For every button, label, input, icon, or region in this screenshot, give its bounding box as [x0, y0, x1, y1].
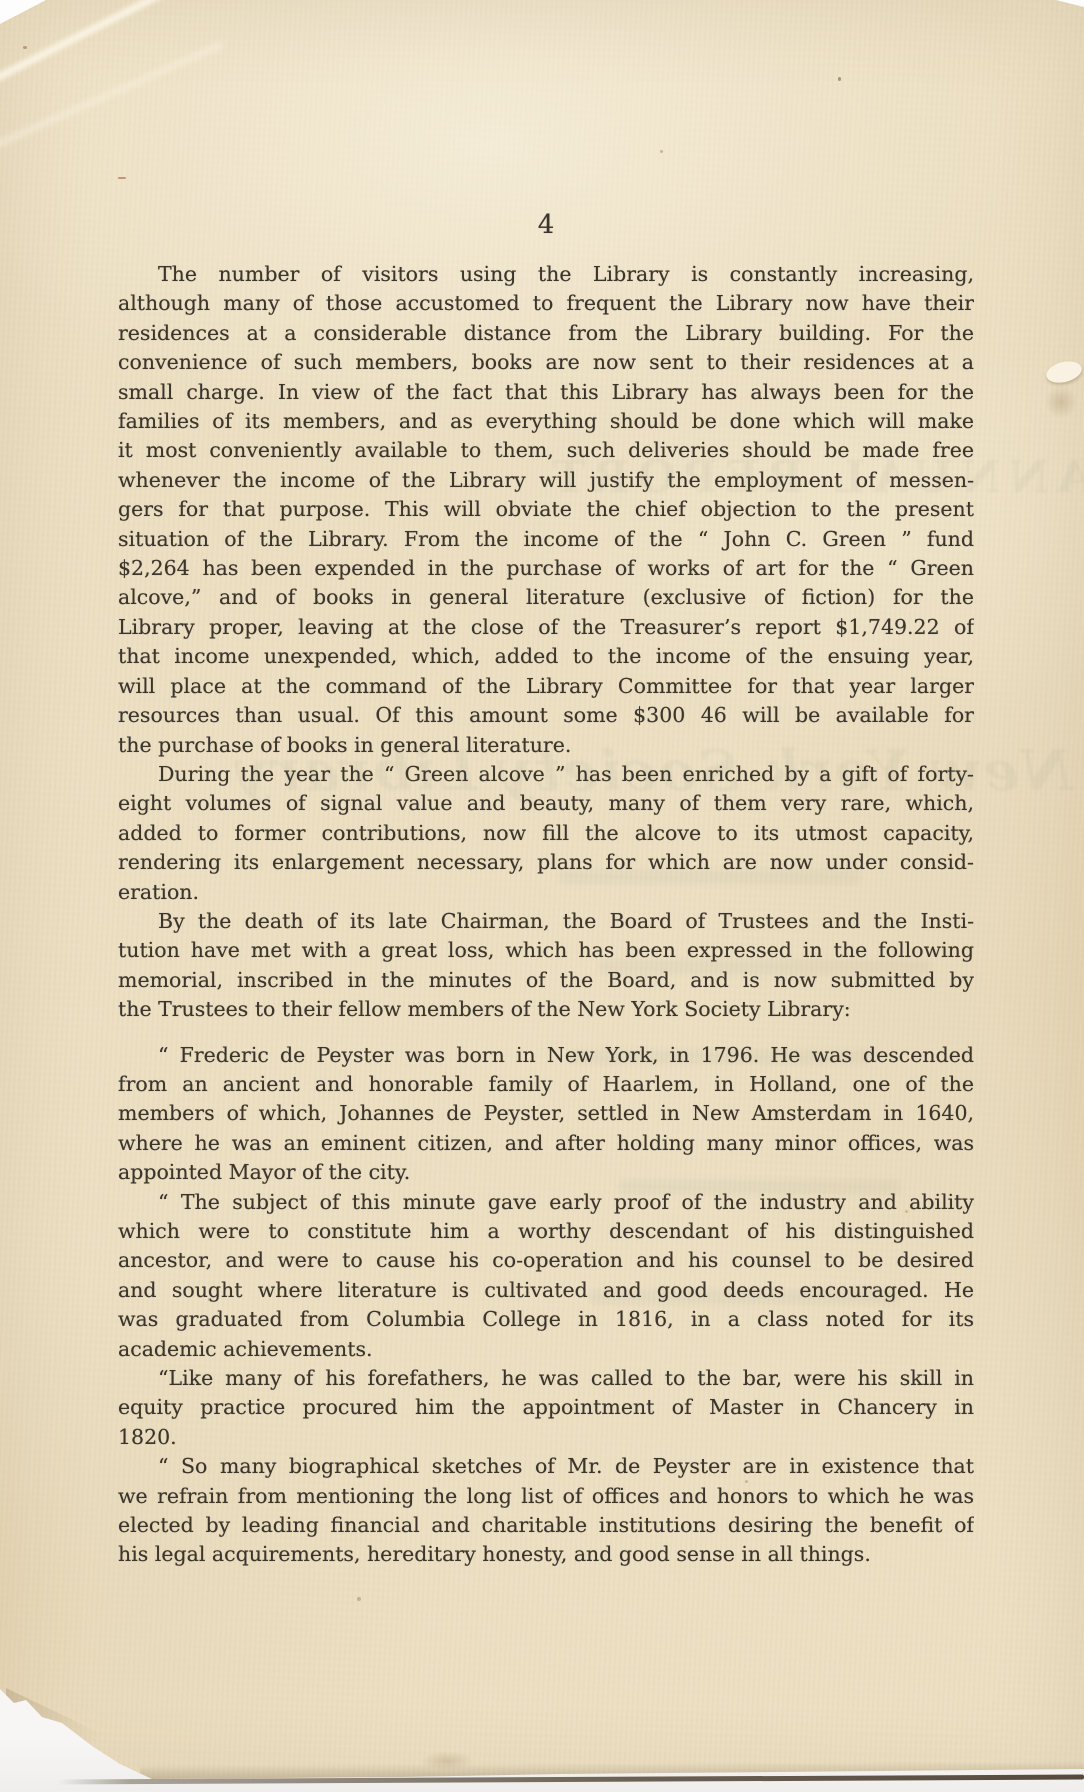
text-line: tution have met with a great loss, which… — [118, 936, 974, 965]
text-line: “ Frederic de Peyster was born in New Yo… — [118, 1041, 974, 1070]
paper-edge-chip-shadow — [1038, 378, 1084, 426]
text-line: which were to constitute him a worthy de… — [118, 1217, 974, 1246]
text-line: the Trustees to their fellow members of … — [118, 995, 974, 1024]
text-line: memorial, inscribed in the minutes of th… — [118, 966, 974, 995]
text-line: where he was an eminent citizen, and aft… — [118, 1129, 974, 1158]
paragraph: “ So many biographical sketches of Mr. d… — [118, 1452, 974, 1570]
text-line: will place at the command of the Library… — [118, 672, 974, 701]
text-line: Library proper, leaving at the close of … — [118, 613, 974, 642]
paper: 4 The number of visitors using the Libra… — [0, 0, 1084, 1792]
text-line: “ So many biographical sketches of Mr. d… — [118, 1452, 974, 1481]
text-line: The number of visitors using the Library… — [118, 260, 974, 289]
text-line: 1820. — [118, 1423, 974, 1452]
paper-speck — [357, 1597, 361, 1601]
paper-speck — [660, 150, 663, 153]
text-line: convenience of such members, books are n… — [118, 348, 974, 377]
paper-crease — [0, 0, 191, 88]
text-line: equity practice procured him the appoint… — [118, 1393, 974, 1422]
text-line: rendering its enlargement necessary, pla… — [118, 848, 974, 877]
text-line: was graduated from Columbia College in 1… — [118, 1305, 974, 1334]
text-line: although many of those accustomed to fre… — [118, 289, 974, 318]
text-line: eration. — [118, 878, 974, 907]
paper-speck — [23, 46, 27, 49]
text-line: from an ancient and honorable family of … — [118, 1070, 974, 1099]
text-line: “Like many of his forefathers, he was ca… — [118, 1364, 974, 1393]
text-line: we refrain from mentioning the long list… — [118, 1482, 974, 1511]
text-line: and sought where literature is cultivate… — [118, 1276, 974, 1305]
text-line: resources than usual. Of this amount som… — [118, 701, 974, 730]
text-line: it most conveniently available to them, … — [118, 436, 974, 465]
page-number: 4 — [118, 210, 974, 240]
text-line: the purchase of books in general literat… — [118, 731, 974, 760]
text-line: alcove,” and of books in general literat… — [118, 583, 974, 612]
text-line: “ The subject of this minute gave early … — [118, 1188, 974, 1217]
scanned-document-page: 4 The number of visitors using the Libra… — [0, 0, 1084, 1792]
text-line: By the death of its late Chairman, the B… — [118, 907, 974, 936]
paragraph: “ Frederic de Peyster was born in New Yo… — [118, 1041, 974, 1188]
text-line: appointed Mayor of the city. — [118, 1158, 974, 1187]
paragraph: By the death of its late Chairman, the B… — [118, 907, 974, 1025]
paper-speck — [838, 77, 841, 81]
text-line: families of its members, and as everythi… — [118, 407, 974, 436]
text-line: that income unexpended, which, added to … — [118, 642, 974, 671]
paper-speck — [118, 177, 126, 179]
text-line: During the year the “ Green alcove ” has… — [118, 760, 974, 789]
paragraph: “ The subject of this minute gave early … — [118, 1188, 974, 1364]
paragraph: During the year the “ Green alcove ” has… — [118, 760, 974, 907]
text-line: whenever the income of the Library will … — [118, 466, 974, 495]
text-line: eight volumes of signal value and beauty… — [118, 789, 974, 818]
text-line: added to former contributions, now fill … — [118, 819, 974, 848]
paragraph: The number of visitors using the Library… — [118, 260, 974, 760]
text-line: residences at a considerable distance fr… — [118, 319, 974, 348]
text-line: gers for that purpose. This will obviate… — [118, 495, 974, 524]
text-line: $2,264 has been expended in the purchase… — [118, 554, 974, 583]
text-block: The number of visitors using the Library… — [118, 260, 974, 1570]
text-line: situation of the Library. From the incom… — [118, 525, 974, 554]
text-line: elected by leading financial and charita… — [118, 1511, 974, 1540]
text-line: his legal acquirements, hereditary hones… — [118, 1540, 974, 1569]
text-line: small charge. In view of the fact that t… — [118, 378, 974, 407]
text-line: academic achievements. — [118, 1335, 974, 1364]
paragraph: “Like many of his forefathers, he was ca… — [118, 1364, 974, 1452]
text-line: ancestor, and were to cause his co-opera… — [118, 1246, 974, 1275]
text-line: members of which, Johannes de Peyster, s… — [118, 1099, 974, 1128]
